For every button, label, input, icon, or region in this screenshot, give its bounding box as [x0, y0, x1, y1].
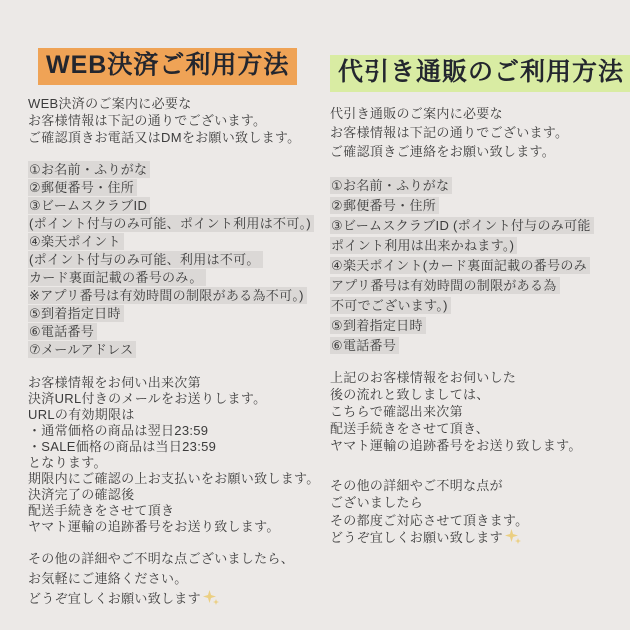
- cod-order-required-items: ①お名前・ふりがな②郵便番号・住所③ビームスクラブID (ポイント付与のみ可能ポ…: [330, 176, 630, 356]
- cod-order-column: 代引き通販のご利用方法 代引き通販のご案内に必要なお客様情報は下記の通りでござい…: [330, 55, 630, 549]
- item-line: (ポイント付与のみ可能、ポイント利用は不可。): [28, 215, 320, 233]
- text-line: こちらで確認出来次第: [330, 403, 630, 420]
- item-text: ⑥電話番号: [28, 323, 97, 340]
- item-text: ④楽天ポイント(カード裏面記載の番号のみ: [330, 257, 590, 274]
- item-text: ③ビームスクラブID: [28, 197, 150, 214]
- closing-final-line: どうぞ宜しくお願い致します: [28, 589, 320, 611]
- cod-order-intro: 代引き通販のご案内に必要なお客様情報は下記の通りでございます。ご確認頂きご連絡を…: [330, 104, 630, 161]
- text-line: お客様情報は下記の通りでございます。: [330, 123, 630, 142]
- sparkle-icon: [505, 529, 521, 549]
- item-line: ⑥電話番号: [28, 323, 320, 341]
- item-line: 不可でございます。): [330, 296, 630, 316]
- text-line: その他の詳細やご不明な点ございましたら、: [28, 549, 320, 569]
- text-line: 配送手続きをさせて頂き: [28, 503, 320, 519]
- item-text: ①お名前・ふりがな: [330, 177, 452, 194]
- text-line: お気軽にご連絡ください。: [28, 569, 320, 589]
- text-line: 決済URL付きのメールをお送りします。: [28, 391, 320, 407]
- item-line: ※アプリ番号は有効時間の制限がある為不可。): [28, 287, 320, 305]
- item-line: ⑤到着指定日時: [28, 305, 320, 323]
- text-line: 配送手続きをさせて頂き、: [330, 420, 630, 437]
- text-line: お客様情報は下記の通りでございます。: [28, 112, 320, 129]
- item-line: ②郵便番号・住所: [330, 196, 630, 216]
- item-text: ①お名前・ふりがな: [28, 161, 150, 178]
- web-payment-required-items: ①お名前・ふりがな②郵便番号・住所③ビームスクラブID(ポイント付与のみ可能、ポ…: [28, 161, 320, 359]
- item-text: (ポイント付与のみ可能、ポイント利用は不可。): [28, 215, 314, 232]
- text-line: ヤマト運輸の追跡番号をお送り致します。: [330, 437, 630, 454]
- cod-order-flow: 上記のお客様情報をお伺いした後の流れと致しましては、こちらで確認出来次第配送手続…: [330, 369, 630, 454]
- text-line: その都度ご対応させて頂きます。: [330, 512, 630, 530]
- item-line: ポイント利用は出来かねます。): [330, 236, 630, 256]
- text-line: ・通常価格の商品は翌日23:59: [28, 423, 320, 439]
- item-text: ※アプリ番号は有効時間の制限がある為不可。): [28, 287, 307, 304]
- web-payment-column: WEB決済ご利用方法 WEB決済のご案内に必要なお客様情報は下記の通りでございま…: [28, 48, 320, 611]
- closing-final-line: どうぞ宜しくお願い致します: [330, 529, 630, 549]
- text-line: 代引き通販のご案内に必要な: [330, 104, 630, 123]
- item-text: ④楽天ポイント: [28, 233, 124, 250]
- text-line: ございましたら: [330, 494, 630, 512]
- text-line: 決済完了の確認後: [28, 487, 320, 503]
- text-line: ・SALE価格の商品は当日23:59: [28, 439, 320, 455]
- web-payment-title: WEB決済ご利用方法: [38, 48, 297, 85]
- text-line: WEB決済のご案内に必要な: [28, 95, 320, 112]
- item-line: アプリ番号は有効時間の制限がある為: [330, 276, 630, 296]
- item-line: ⑦メールアドレス: [28, 341, 320, 359]
- item-text: ポイント利用は出来かねます。): [330, 237, 517, 254]
- web-payment-closing: その他の詳細やご不明な点ございましたら、お気軽にご連絡ください。 どうぞ宜しくお…: [28, 549, 320, 611]
- item-line: ③ビームスクラブID: [28, 197, 320, 215]
- item-text: ⑤到着指定日時: [28, 305, 124, 322]
- closing-final-text: どうぞ宜しくお願い致します: [28, 591, 201, 606]
- sparkle-icon: [203, 590, 219, 611]
- item-line: ⑤到着指定日時: [330, 316, 630, 336]
- cod-order-closing: その他の詳細やご不明な点がございましたらその都度ご対応させて頂きます。 どうぞ宜…: [330, 477, 630, 549]
- text-line: 上記のお客様情報をお伺いした: [330, 369, 630, 386]
- item-text: ⑥電話番号: [330, 337, 399, 354]
- item-line: ①お名前・ふりがな: [330, 176, 630, 196]
- cod-order-title: 代引き通販のご利用方法: [330, 55, 630, 92]
- item-text: ⑦メールアドレス: [28, 341, 136, 358]
- text-line: ご確認頂きお電話又はDMをお願い致します。: [28, 129, 320, 146]
- item-line: (ポイント付与のみ可能、利用は不可。: [28, 251, 320, 269]
- item-line: ④楽天ポイント: [28, 233, 320, 251]
- item-text: ③ビームスクラブID (ポイント付与のみ可能: [330, 217, 594, 234]
- item-line: ③ビームスクラブID (ポイント付与のみ可能: [330, 216, 630, 236]
- web-payment-flow: お客様情報をお伺い出来次第決済URL付きのメールをお送りします。URLの有効期限…: [28, 375, 320, 535]
- item-line: カード裏面記載の番号のみ。: [28, 269, 320, 287]
- text-line: ご確認頂きご連絡をお願い致します。: [330, 142, 630, 161]
- text-line: URLの有効期限は: [28, 407, 320, 423]
- item-line: ②郵便番号・住所: [28, 179, 320, 197]
- notice-image: WEB決済ご利用方法 WEB決済のご案内に必要なお客様情報は下記の通りでございま…: [0, 0, 630, 630]
- item-text: (ポイント付与のみ可能、利用は不可。: [28, 251, 263, 268]
- web-payment-intro: WEB決済のご案内に必要なお客様情報は下記の通りでございます。ご確認頂きお電話又…: [28, 95, 320, 146]
- item-text: 不可でございます。): [330, 297, 451, 314]
- text-line: その他の詳細やご不明な点が: [330, 477, 630, 495]
- text-line: ヤマト運輸の追跡番号をお送り致します。: [28, 519, 320, 535]
- item-line: ①お名前・ふりがな: [28, 161, 320, 179]
- text-line: 後の流れと致しましては、: [330, 386, 630, 403]
- item-text: カード裏面記載の番号のみ。: [28, 269, 206, 286]
- item-text: ⑤到着指定日時: [330, 317, 426, 334]
- item-line: ⑥電話番号: [330, 336, 630, 356]
- item-text: ②郵便番号・住所: [330, 197, 439, 214]
- item-text: ②郵便番号・住所: [28, 179, 137, 196]
- item-text: アプリ番号は有効時間の制限がある為: [330, 277, 560, 294]
- text-line: 期限内にご確認の上お支払いをお願い致します。: [28, 471, 320, 487]
- item-line: ④楽天ポイント(カード裏面記載の番号のみ: [330, 256, 630, 276]
- closing-final-text: どうぞ宜しくお願い致します: [330, 530, 503, 545]
- text-line: となります。: [28, 455, 320, 471]
- text-line: お客様情報をお伺い出来次第: [28, 375, 320, 391]
